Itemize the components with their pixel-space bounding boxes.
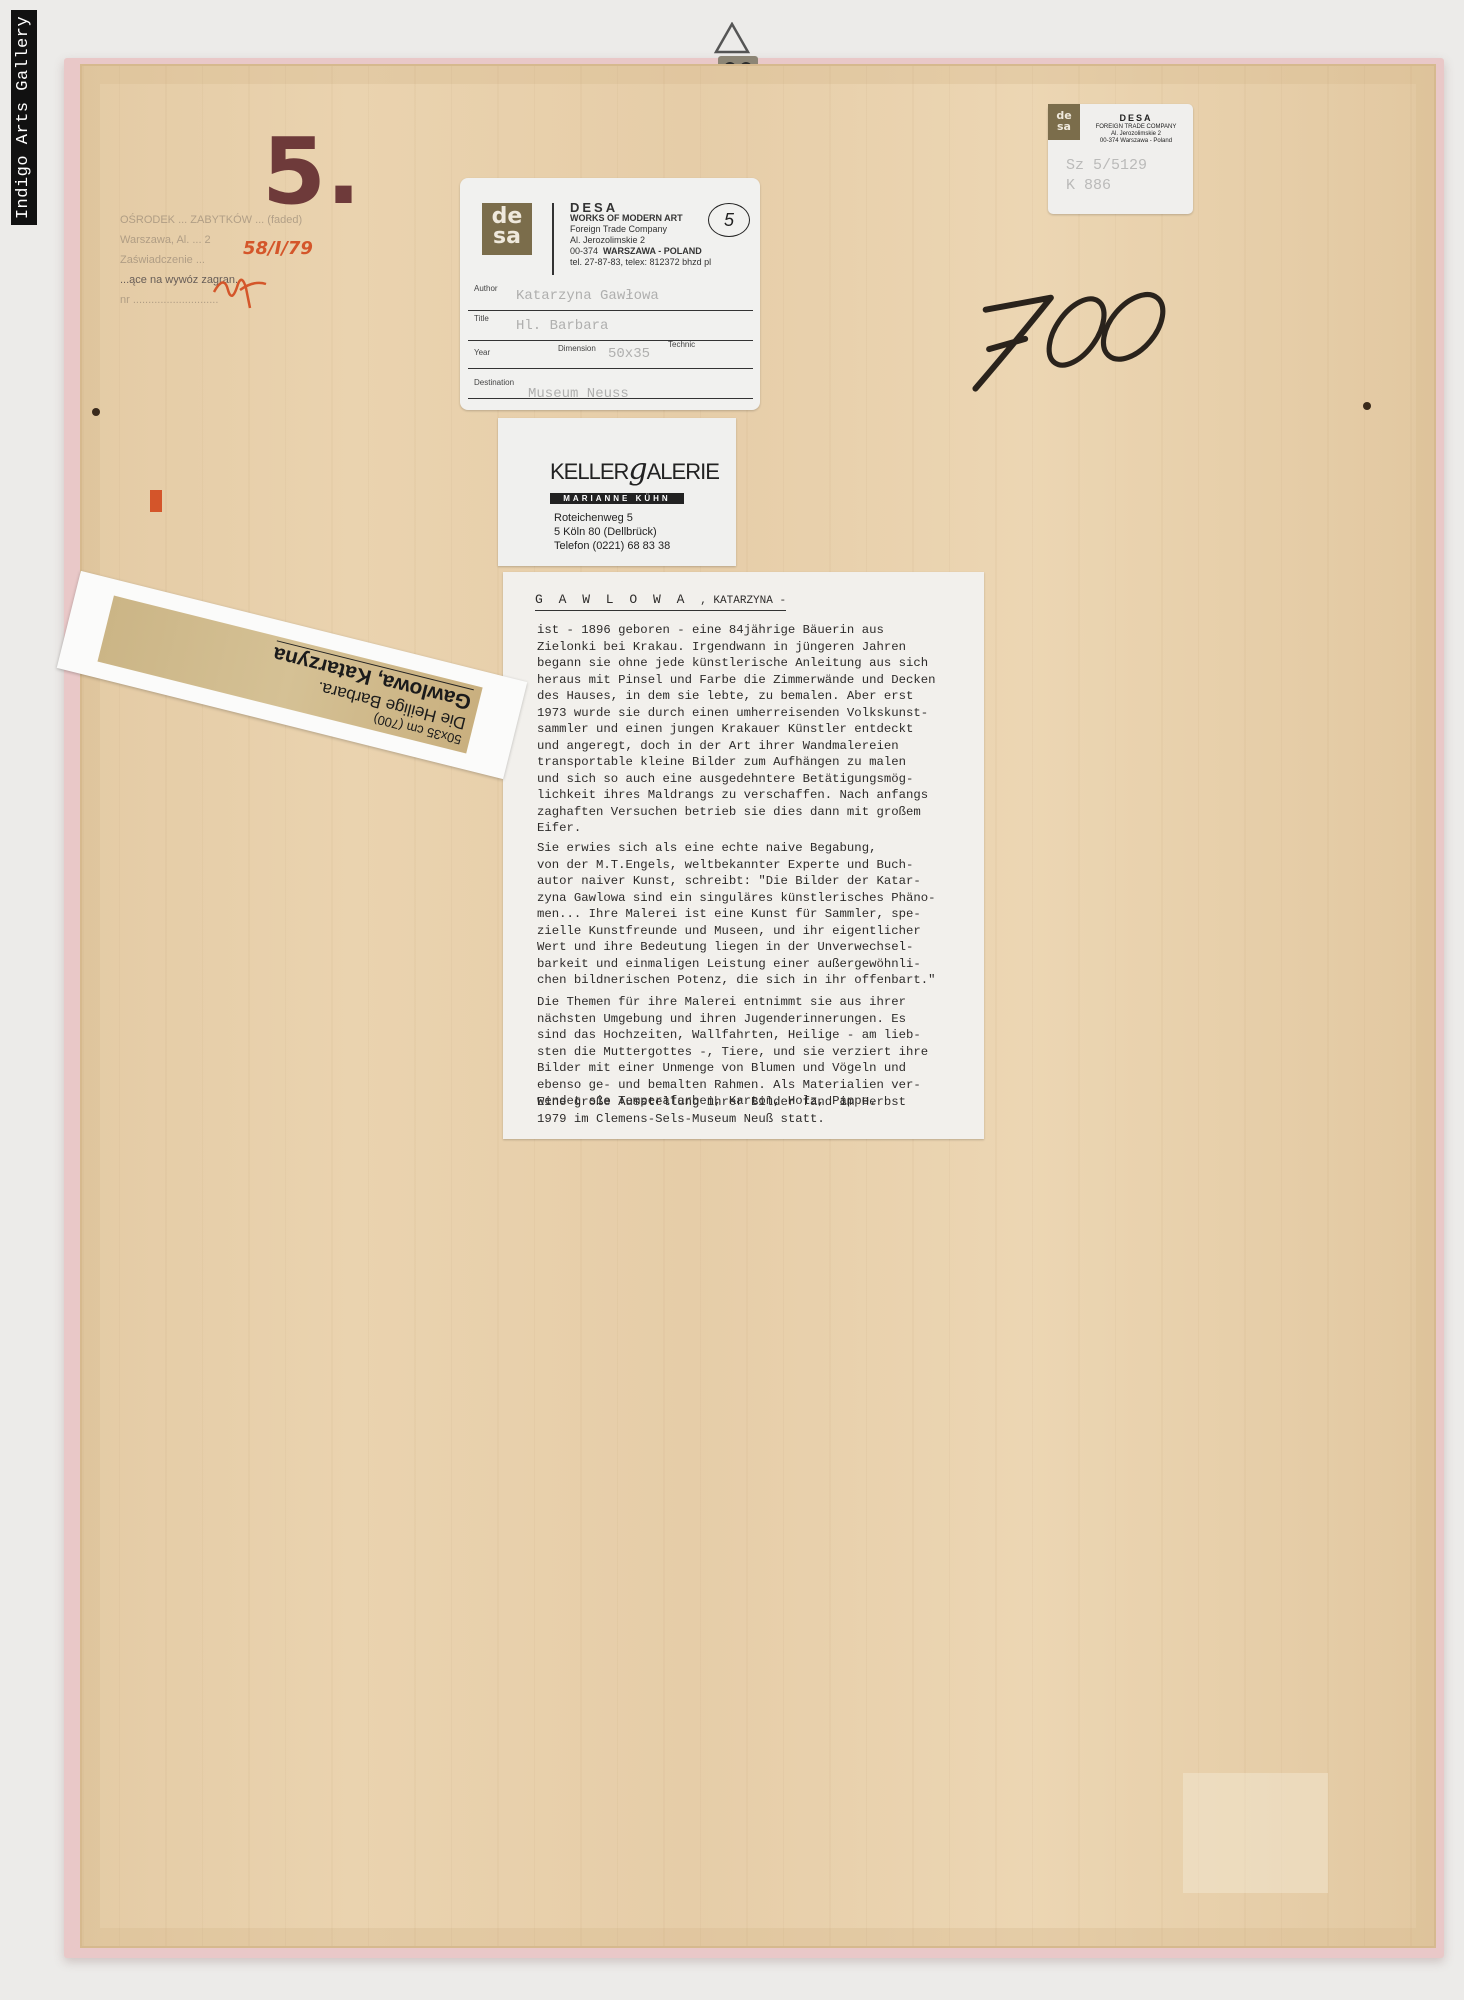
- field-label: Author: [474, 284, 498, 293]
- picture-hanger-icon: [712, 22, 752, 56]
- keller-galerie-label: KELLERgALERIE MARIANNE KÜHN Roteichenweg…: [498, 418, 736, 566]
- field-label: Destination: [474, 378, 514, 387]
- keller-logo: KELLERgALERIE: [550, 452, 719, 487]
- biography-title: G A W L O W A , KATARZYNA -: [535, 592, 786, 611]
- price-700-marker: 700: [958, 272, 1178, 392]
- watermark-text: Indigo Arts Gallery: [15, 16, 34, 219]
- desa-city: WARSZAWA - POLAND: [603, 246, 702, 256]
- logo-part: KELLER: [550, 459, 628, 484]
- nail-icon: [1363, 402, 1371, 410]
- pencil-line: Sz 5/5129: [1066, 156, 1147, 176]
- biography-sheet: G A W L O W A , KATARZYNA - ist - 1896 g…: [503, 572, 984, 1139]
- desa-label-small: de sa DESA FOREIGN TRADE COMPANY Al. Jer…: [1048, 104, 1193, 214]
- circled-number: 5: [708, 203, 750, 237]
- address-street: Roteichenweg 5: [554, 511, 670, 525]
- field-label: Year: [474, 348, 490, 357]
- desa-street: Al. Jerozolimskie 2: [570, 235, 711, 246]
- title-surname: G A W L O W A: [535, 592, 688, 607]
- desa-company: Foreign Trade Company: [570, 224, 711, 235]
- field-year-dimension: Year Dimension 50x35 Technic: [468, 342, 753, 369]
- field-author: Author Katarzyna Gawłowa: [468, 284, 753, 311]
- desa-name: DESA: [570, 202, 711, 213]
- desa-name: DESA: [1086, 112, 1186, 124]
- desa-street: Al. Jerozolimskie 2: [1086, 131, 1186, 138]
- bio-paragraph: Sie erwies sich als eine echte naive Beg…: [537, 840, 977, 989]
- desa-label-main: de sa DESA WORKS OF MODERN ART Foreign T…: [460, 178, 760, 410]
- stamp-line: Zaświadczenie ...: [120, 250, 350, 270]
- logo-part: ALERIE: [647, 459, 719, 484]
- divider: [552, 203, 554, 275]
- keller-address: Roteichenweg 5 5 Köln 80 (Dellbrück) Tel…: [554, 511, 670, 553]
- desa-header: DESA WORKS OF MODERN ART Foreign Trade C…: [570, 202, 711, 268]
- logo-g: g: [628, 452, 646, 487]
- stamp-line: Warszawa, Al. ... 2: [120, 230, 350, 250]
- title-rest: , KATARZYNA -: [700, 595, 786, 607]
- red-signature-icon: [210, 270, 270, 310]
- bio-paragraph: ist - 1896 geboren - eine 84jährige Bäue…: [537, 622, 977, 837]
- desa-logo-icon: de sa: [1048, 104, 1080, 140]
- desa-logo-icon: de sa: [482, 203, 532, 255]
- orange-sticker-remnant: [150, 490, 162, 512]
- pencil-line: K 886: [1066, 176, 1147, 196]
- address-city: 5 Köln 80 (Dellbrück): [554, 525, 670, 539]
- desa-subtitle: WORKS OF MODERN ART: [570, 213, 683, 223]
- field-value: Katarzyna Gawłowa: [516, 288, 659, 304]
- desa-city: 00-374 Warszawa - Poland: [1086, 138, 1186, 145]
- owner-bar: MARIANNE KÜHN: [550, 493, 684, 504]
- address-phone: Telefon (0221) 68 83 38: [554, 539, 670, 553]
- handwritten-number: 5.: [262, 118, 361, 225]
- field-value: Museum Neuss: [528, 386, 629, 402]
- gallery-watermark: Indigo Arts Gallery: [11, 10, 37, 225]
- field-label: Title: [474, 314, 489, 323]
- bio-paragraph: Eine große Ausstellung ihrer Bilder fand…: [537, 1094, 977, 1127]
- bio-paragraph: Die Themen für ihre Malerei entnimmt sie…: [537, 994, 977, 1110]
- field-value: Hl. Barbara: [516, 318, 608, 334]
- stamp-line: OŚRODEK ... ZABYTKÓW ... (faded): [120, 210, 350, 230]
- red-ink-note: 58/I/79: [243, 238, 313, 259]
- field-title: Title Hl. Barbara: [468, 314, 753, 341]
- desa-company: FOREIGN TRADE COMPANY: [1086, 124, 1186, 131]
- removed-label-patch: [1183, 1773, 1328, 1893]
- logo-line: sa: [1048, 121, 1080, 132]
- field-label: Technic: [668, 340, 695, 349]
- field-label: Dimension: [558, 344, 596, 353]
- pencil-notes: Sz 5/5129 K 886: [1066, 156, 1147, 196]
- desa-city-code: 00-374: [570, 246, 598, 256]
- field-destination: Destination Museum Neuss: [468, 372, 753, 399]
- logo-line: sa: [482, 227, 532, 247]
- desa-contact: tel. 27-87-83, telex: 812372 bhzd pl: [570, 257, 711, 268]
- nail-icon: [92, 408, 100, 416]
- field-value: 50x35: [608, 346, 650, 362]
- desa-small-header: DESA FOREIGN TRADE COMPANY Al. Jerozolim…: [1086, 112, 1186, 145]
